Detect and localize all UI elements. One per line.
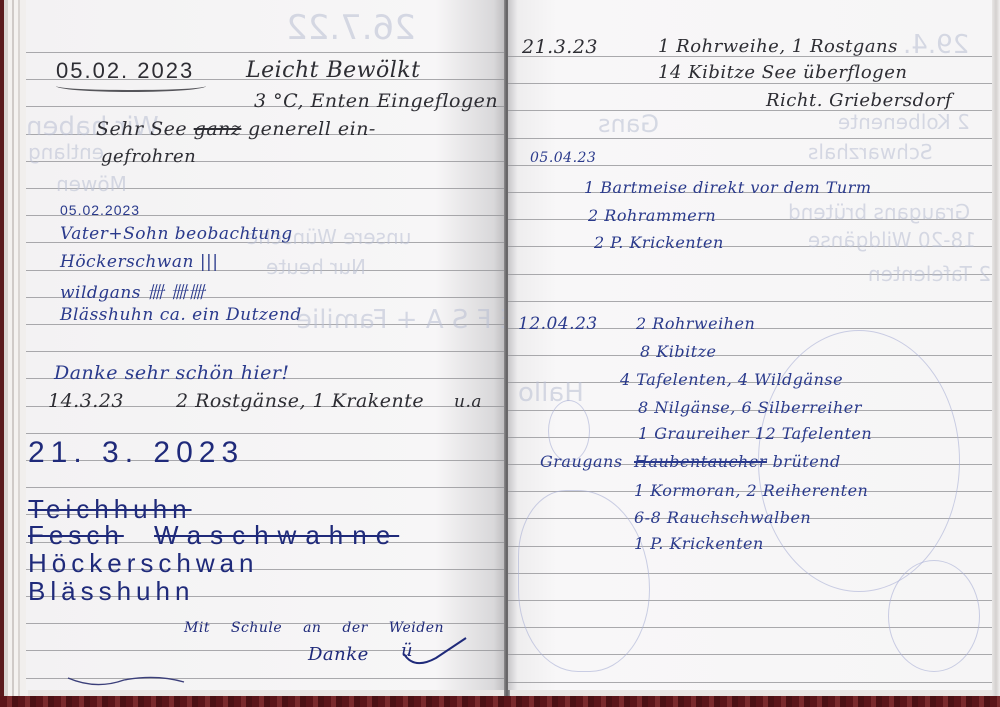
entry-line: Sehr See ganz generell ein- (96, 118, 376, 140)
bird-item: Höckerschwan ||| (60, 252, 219, 272)
bird-item: Blässhuhn ca. ein Dutzend (60, 305, 302, 325)
entry-date: 12.04.23 (518, 314, 598, 334)
left-page: 26.7.22 Wir haben entlang Möwen unsere W… (26, 0, 508, 690)
entry-line: 6-8 Rauchschwalben (634, 508, 811, 527)
doodle-drawing (888, 560, 980, 672)
entry-line: 8 Nilgänse, 6 Silberreiher (638, 398, 862, 417)
entry-line: 1 Rohrweihe, 1 Rostgans (658, 36, 898, 57)
ruled-line (26, 351, 508, 352)
margin-note: Graugans (540, 452, 623, 471)
tally-marks: ||| (200, 252, 219, 272)
ruled-line (508, 138, 992, 139)
show-through-text: Graugans brütend (788, 200, 970, 224)
entry-weather: Leicht Bewölkt (246, 58, 420, 83)
right-page: 29.4. Gans 2 Kolbenente Schwarzhals Grau… (508, 0, 992, 690)
show-through-text: Gans (598, 110, 659, 138)
entry-line: 1 Graureiher 12 Tafelenten (638, 424, 872, 443)
entry-line: gefrohren (101, 146, 196, 167)
thanks-note: Danke sehr schön hier! (54, 362, 290, 384)
entry-text: brütend (773, 452, 841, 471)
smiley-mouth-icon (396, 632, 476, 672)
page-stack-left (0, 0, 28, 696)
show-through-text: entlang (28, 140, 104, 164)
show-through-text: 29.4. (903, 30, 969, 60)
entry-line: 4 Tafelenten, 4 Wildgänse (620, 370, 843, 389)
entry-date: 05.02.2023 (60, 202, 140, 218)
entry-line: 8 Kibitze (640, 342, 717, 361)
entry-line: 2 P. Krickenten (594, 233, 724, 252)
entry-line: 1 Bartmeise direkt vor dem Turm (584, 178, 872, 197)
bird-name: wildgans (60, 283, 141, 303)
show-through-text: 18-20 Wildgänse (808, 228, 976, 252)
entry-date: 21. 3. 2023 (28, 436, 244, 470)
entry-line: 2 Rohrweihen (636, 314, 755, 333)
show-through-text: Nur heute (266, 255, 366, 279)
struck-text: Waschwahne (154, 520, 399, 550)
show-through-text: 2 Tafelenten (868, 262, 991, 286)
tally-marks: 卌 卌卌 (147, 283, 205, 303)
entry-line: Richt. Griebersdorf (766, 90, 952, 111)
book-cover-edge (0, 696, 1000, 707)
show-through-text: 26.7.22 (286, 8, 416, 48)
entry-line: Haubentaucher brütend (634, 452, 841, 471)
ruled-line (26, 52, 508, 53)
show-through-text: 2 Kolbenente (838, 110, 970, 134)
notebook: 26.7.22 Wir haben entlang Möwen unsere W… (0, 0, 1000, 696)
doodle-drawing (518, 490, 650, 672)
show-through-text: E F S A + Familie (296, 305, 508, 335)
ruled-line (26, 433, 508, 434)
show-through-text: Möwen (56, 172, 127, 196)
struck-text: Haubentaucher (634, 452, 767, 471)
bird-item: wildgans 卌 卌卌 (60, 278, 205, 303)
bird-name: Höckerschwan (60, 252, 194, 272)
underline-squiggle (56, 80, 206, 92)
entry-suffix: u.a (454, 392, 482, 412)
bird-name: Höckerschwan (28, 548, 259, 579)
entry-date: 05.04.23 (530, 150, 596, 166)
entry-line: 1 P. Krickenten (634, 534, 764, 553)
entry-date: 21.3.23 (522, 36, 598, 58)
entry-title: Vater+Sohn beobachtung (60, 224, 293, 244)
signature: Danke (308, 644, 369, 665)
ruled-line (508, 83, 992, 84)
ruled-line (508, 682, 992, 683)
entry-line: 14 Kibitze See überflogen (658, 62, 907, 83)
ruled-line (26, 487, 508, 488)
entry-text: generell ein- (248, 118, 376, 140)
entry-line: 2 Rohrammern (588, 206, 716, 225)
struck-text: ganz (194, 118, 242, 140)
entry-line: 3 °C, Enten Eingeflogen (254, 90, 498, 112)
entry-date: 14.3.23 (48, 390, 124, 412)
show-through-text: Schwarzhals (808, 140, 933, 164)
entry-text: Sehr See (96, 118, 187, 140)
page-stack-right (992, 0, 1000, 696)
entry-line: 2 Rostgänse, 1 Krakente (176, 390, 424, 412)
stray-pen-mark (66, 676, 206, 690)
ruled-line (508, 301, 992, 302)
bird-name: Blässhuhn (28, 576, 194, 607)
entry-line: 1 Kormoran, 2 Reiherenten (634, 481, 868, 500)
bird-line-struck: Fesch Waschwahne (28, 520, 399, 551)
struck-text: Fesch (28, 520, 124, 550)
